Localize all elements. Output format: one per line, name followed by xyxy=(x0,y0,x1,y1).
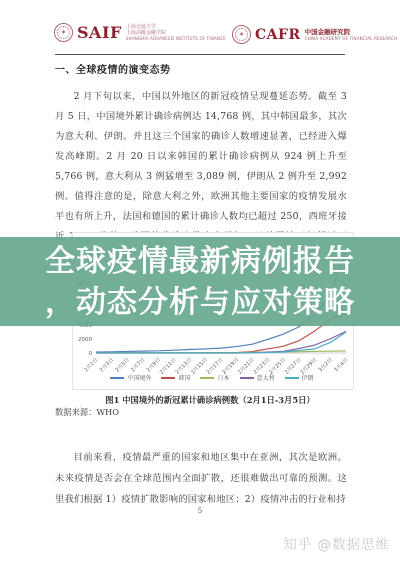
legend-swatch-icon xyxy=(200,377,214,379)
y-tick-label: 2000 xyxy=(78,337,92,343)
saif-wordmark: SAIF xyxy=(77,23,122,42)
report-page: SAIF 上海交通大学 上海高级金融学院 SHANGHAI ADVANCED I… xyxy=(0,0,400,565)
legend-item-意大利: 意大利 xyxy=(240,373,275,382)
cafr-wordmark: CAFR xyxy=(255,27,301,43)
page-number: 5 xyxy=(0,507,400,515)
legend-label: 日本 xyxy=(217,373,229,382)
chart-caption: 图1 中国境外的新冠累计确诊病例数（2月1日-3月5日） xyxy=(60,394,360,406)
banner-line-1: 全球疫情最新病例报告 xyxy=(0,241,400,282)
section-title: 一、全球疫情的演变态势 xyxy=(55,61,171,76)
x-tick-label: 2月5日 xyxy=(113,356,131,374)
saif-org-line-3: SHANGHAI ADVANCED INSTITUTE OF FINANCE xyxy=(126,36,226,41)
legend-swatch-icon xyxy=(240,377,254,379)
legend-label: 意大利 xyxy=(257,373,275,382)
legend-swatch-icon xyxy=(110,377,124,379)
saif-org-lines: 上海交通大学 上海高级金融学院 SHANGHAI ADVANCED INSTIT… xyxy=(126,24,226,41)
legend-item-日本: 日本 xyxy=(200,373,229,382)
saif-seal-icon xyxy=(54,23,73,42)
data-source: 数据来源：WHO xyxy=(55,406,119,418)
cafr-org-cn: 中国金融研究院 xyxy=(305,29,398,36)
y-tick-label: 0 xyxy=(89,351,93,357)
legend-item-韩国: 韩国 xyxy=(161,373,190,382)
x-tick-label: 3月4日 xyxy=(332,356,350,374)
saif-logo: SAIF 上海交通大学 上海高级金融学院 SHANGHAI ADVANCED I… xyxy=(54,23,226,42)
x-tick-label: 2月3日 xyxy=(97,356,115,374)
legend-label: 中国境外 xyxy=(127,373,151,382)
cafr-org-lines: 中国金融研究院 CHINA ACADEMY OF FINANCIAL RESEA… xyxy=(305,29,398,41)
legend-item-中国境外: 中国境外 xyxy=(110,373,151,382)
chart-legend: 中国境外韩国日本意大利伊朗 xyxy=(72,373,352,382)
legend-swatch-icon xyxy=(161,377,175,379)
header-divider xyxy=(55,54,345,55)
banner-line-2: ，动态分析与应对策略 xyxy=(0,282,400,323)
paragraph-2: 目前来看，疫情最严重的国家和地区集中在亚洲，其次是欧洲。未来疫情是否会在全球范围… xyxy=(55,447,347,510)
x-tick-label: 2月7日 xyxy=(129,356,147,374)
x-tick-label: 2月1日 xyxy=(82,356,100,374)
cafr-logo: CAFR 中国金融研究院 CHINA ACADEMY OF FINANCIAL … xyxy=(232,25,397,44)
cafr-org-en: CHINA ACADEMY OF FINANCIAL RESEARCH xyxy=(305,36,398,41)
zhihu-watermark: 知乎 @数据思维 xyxy=(283,533,390,553)
legend-item-伊朗: 伊朗 xyxy=(285,373,314,382)
legend-label: 韩国 xyxy=(178,373,190,382)
x-tick-label: 3月2日 xyxy=(316,356,334,374)
cafr-seal-icon xyxy=(232,25,251,44)
legend-swatch-icon xyxy=(285,377,299,379)
title-banner-overlay: 全球疫情最新病例报告 ，动态分析与应对策略 xyxy=(0,237,400,326)
legend-label: 伊朗 xyxy=(302,373,314,382)
